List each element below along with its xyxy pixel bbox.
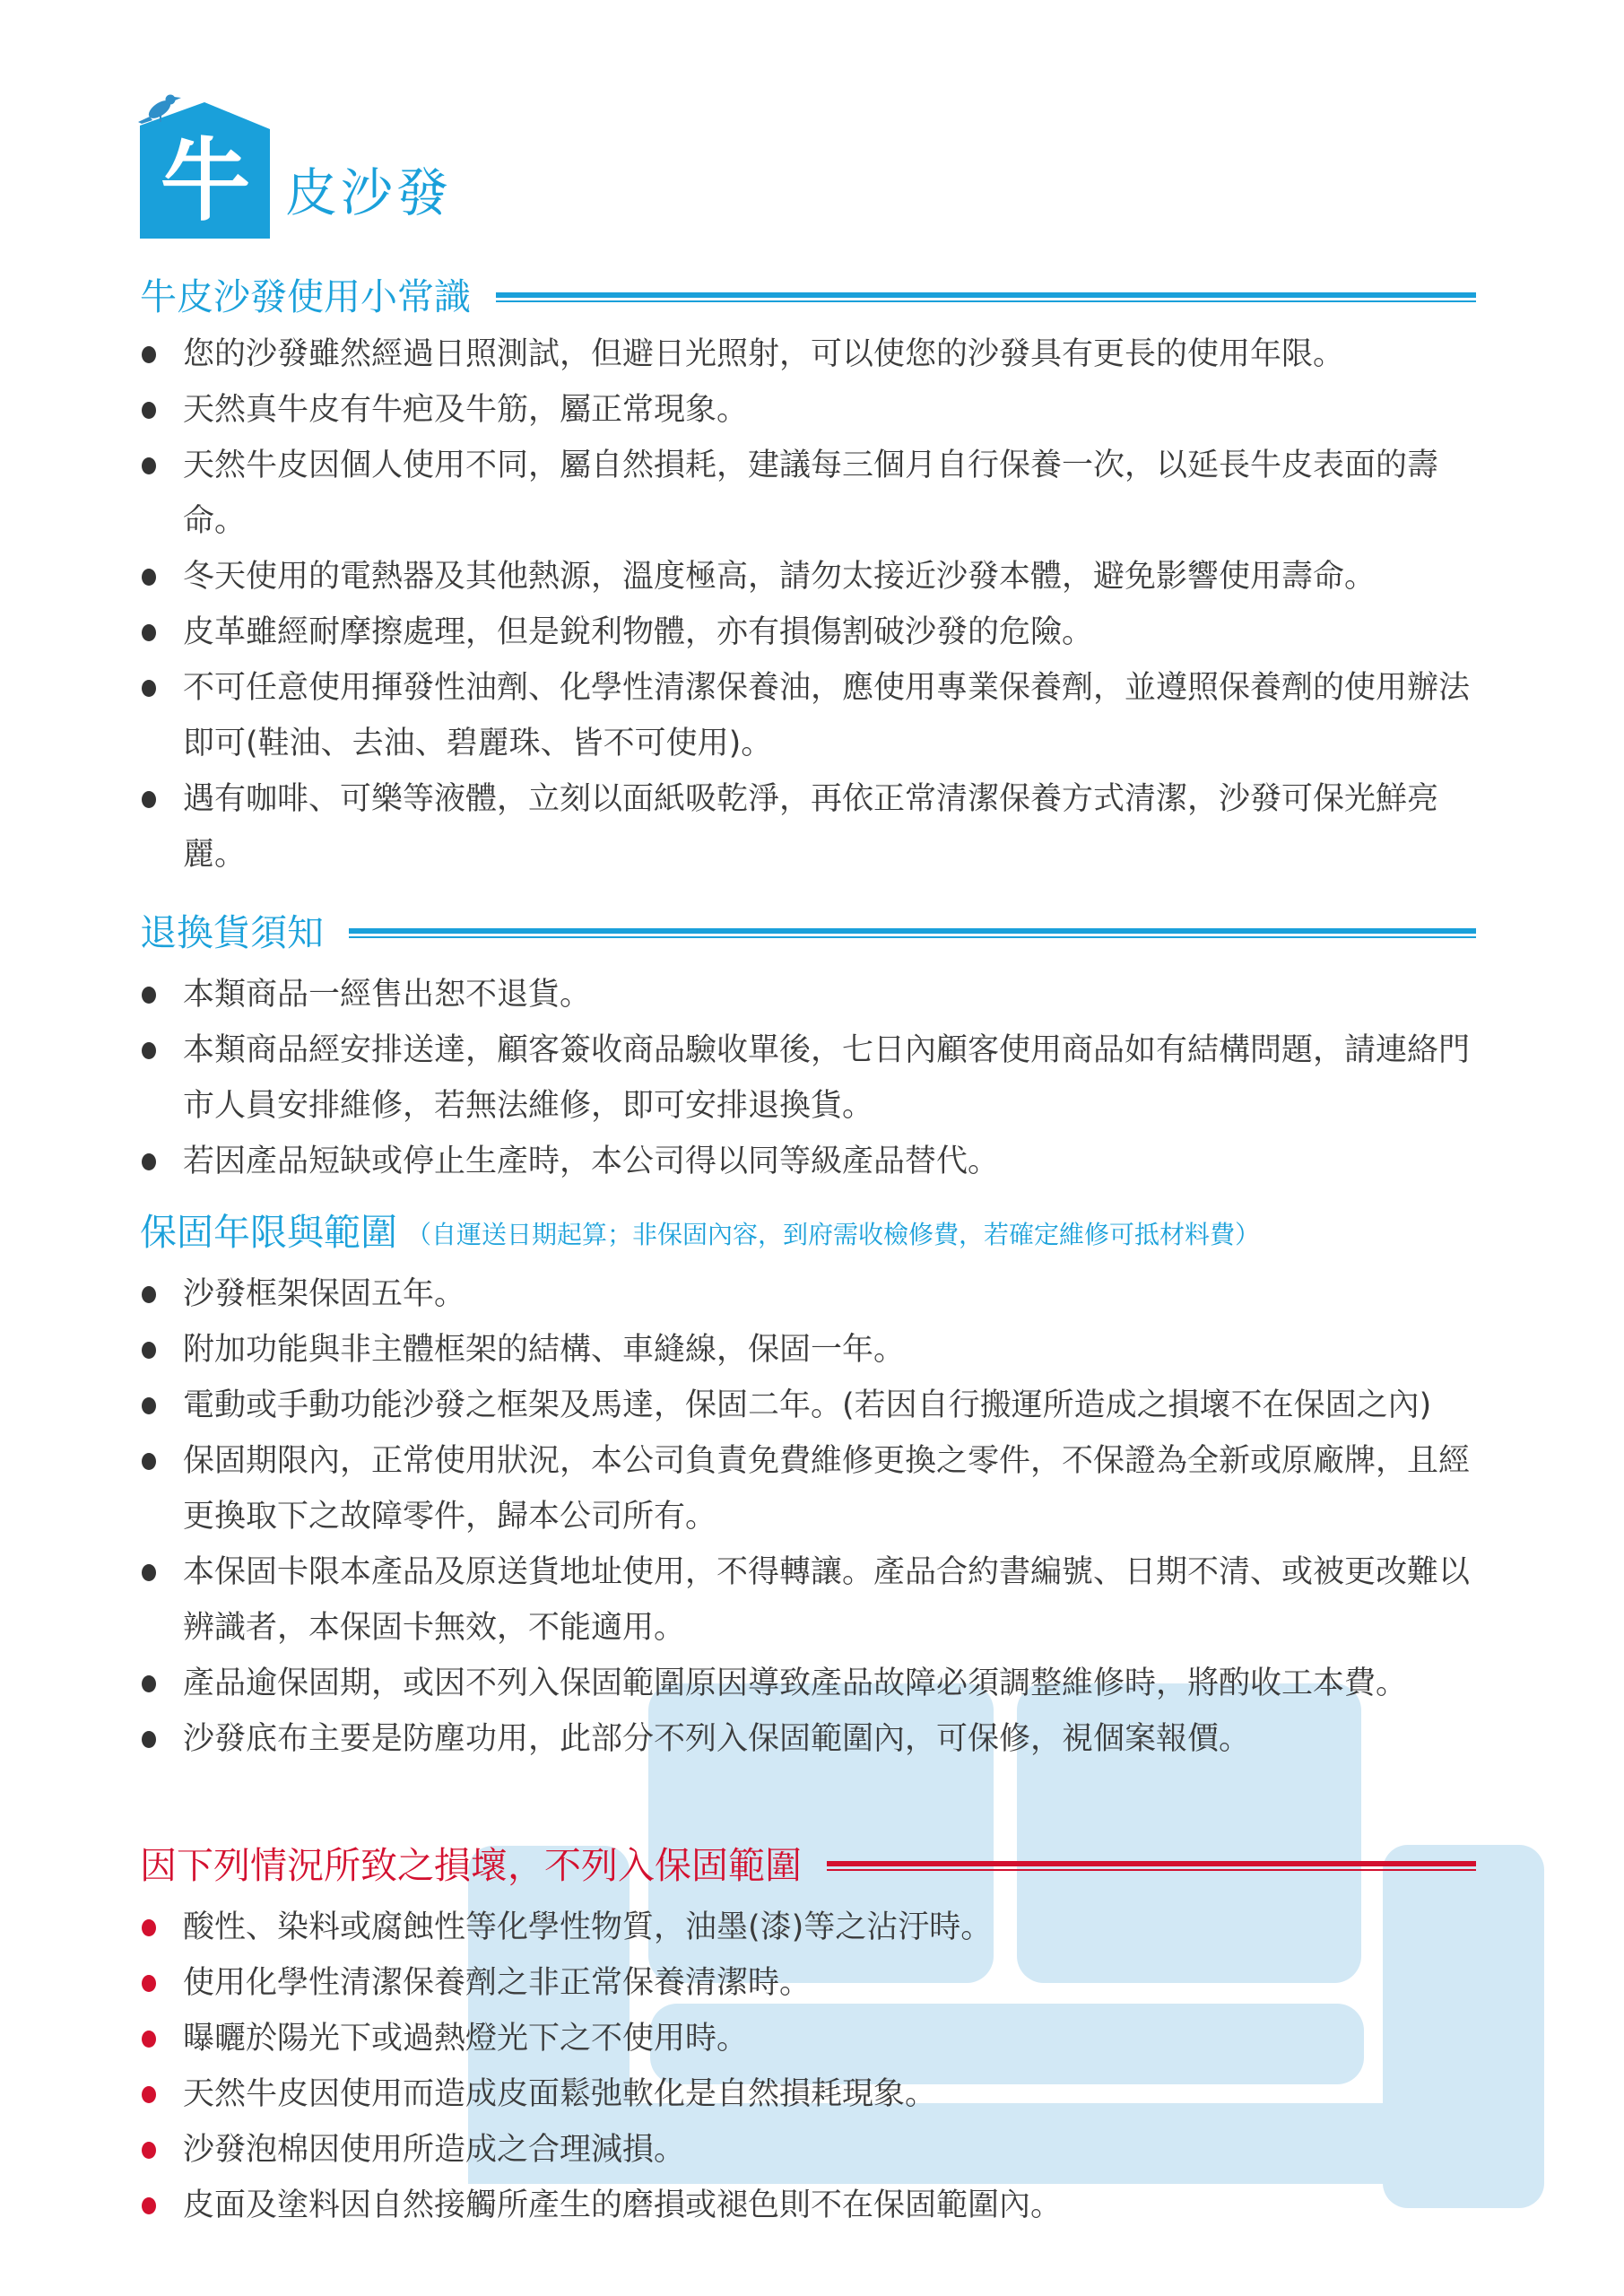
page-title: 皮沙發 (285, 161, 452, 224)
bullet-icon (142, 1342, 156, 1359)
list-item: 曝曬於陽光下或過熱燈光下之不使用時。 (140, 2011, 1476, 2066)
house-logo: 牛 (140, 93, 271, 239)
bullet-icon (142, 1042, 156, 1059)
section-title: 退換貨須知 (140, 908, 324, 958)
bullet-icon (142, 791, 156, 808)
list-item: 冬天使用的電熱器及其他熱源，溫度極高，請勿太接近沙發本體，避免影響使用壽命。 (140, 549, 1476, 604)
bullet-icon (142, 1675, 156, 1692)
list-item: 本保固卡限本產品及原送貨地址使用，不得轉讓。產品合約書編號、日期不清、或被更改難… (140, 1544, 1476, 1656)
bullet-icon (142, 1975, 156, 1992)
list-item: 沙發框架保固五年。 (140, 1266, 1476, 1322)
list-item: 產品逾保固期，或因不列入保固範圍原因導致產品故障必須調整維修時，將酌收工本費。 (140, 1656, 1476, 1711)
section-divider (827, 1859, 1476, 1872)
returns-list: 本類商品一經售出恕不退貨。 本類商品經安排送達，顧客簽收商品驗收單後，七日內顧客… (140, 967, 1476, 1189)
list-item: 保固期限內，正常使用狀況，本公司負責免費維修更換之零件，不保證為全新或原廠牌，且… (140, 1433, 1476, 1544)
list-item: 沙發泡棉因使用所造成之合理減損。 (140, 2122, 1476, 2178)
list-item: 酸性、染料或腐蝕性等化學性物質，油墨(漆)等之沾汙時。 (140, 1900, 1476, 1955)
bullet-icon (142, 1286, 156, 1303)
section-header-returns: 退換貨須知 (140, 908, 1476, 958)
section-title: 因下列情況所致之損壞，不列入保固範圍 (140, 1840, 802, 1891)
section-header-warranty: 保固年限與範圍 （自運送日期起算；非保固內容，到府需收檢修費，若確定維修可抵材料… (140, 1205, 1476, 1260)
list-item: 皮面及塗料因自然接觸所產生的磨損或褪色則不在保固範圍內。 (140, 2178, 1476, 2233)
bullet-icon (142, 569, 156, 586)
bullet-icon (142, 624, 156, 641)
bullet-icon (142, 1919, 156, 1936)
bullet-icon (142, 1453, 156, 1470)
bullet-icon (142, 1397, 156, 1414)
list-item: 不可任意使用揮發性油劑、化學性清潔保養油，應使用專業保養劑，並遵照保養劑的使用辦… (140, 660, 1476, 771)
section-divider (349, 926, 1476, 939)
bullet-icon (142, 1564, 156, 1581)
bullet-icon (142, 680, 156, 697)
bullet-icon (142, 2031, 156, 2048)
bullet-icon (142, 402, 156, 419)
list-item: 電動或手動功能沙發之框架及馬達，保固二年。(若因自行搬運所造成之損壞不在保固之內… (140, 1378, 1476, 1433)
section-divider (496, 291, 1476, 303)
section-title: 保固年限與範圍 (140, 1207, 397, 1257)
bullet-icon (142, 2086, 156, 2103)
bullet-icon (142, 1153, 156, 1170)
list-item: 本類商品一經售出恕不退貨。 (140, 967, 1476, 1022)
bullet-icon (142, 2197, 156, 2214)
list-item: 天然牛皮因使用而造成皮面鬆弛軟化是自然損耗現象。 (140, 2066, 1476, 2122)
bullet-icon (142, 987, 156, 1004)
list-item: 本類商品經安排送達，顧客簽收商品驗收單後，七日內顧客使用商品如有結構問題，請連絡… (140, 1022, 1476, 1134)
section-subtitle: （自運送日期起算；非保固內容，到府需收檢修費，若確定維修可抵材料費） (406, 1205, 1260, 1260)
usage-tips-list: 您的沙發雖然經過日照測試，但避日光照射，可以使您的沙發具有更長的使用年限。 天然… (140, 326, 1476, 883)
warranty-list: 沙發框架保固五年。 附加功能與非主體框架的結構、車縫線，保固一年。 電動或手動功… (140, 1266, 1476, 1767)
section-header-exclusions: 因下列情況所致之損壞，不列入保固範圍 (140, 1840, 1476, 1891)
list-item: 皮革雖經耐摩擦處理，但是銳利物體，亦有損傷割破沙發的危險。 (140, 604, 1476, 660)
document-page: 牛 皮沙發 牛皮沙發使用小常識 您的沙發雖然經過日照測試，但避日光照射，可以使您… (0, 0, 1624, 2296)
list-item: 天然牛皮因個人使用不同，屬自然損耗，建議每三個月自行保養一次，以延長牛皮表面的壽… (140, 438, 1476, 549)
list-item: 使用化學性清潔保養劑之非正常保養清潔時。 (140, 1955, 1476, 2011)
list-item: 沙發底布主要是防塵功用，此部分不列入保固範圍內，可保修，視個案報價。 (140, 1711, 1476, 1767)
section-header-usage-tips: 牛皮沙發使用小常識 (140, 272, 1476, 322)
list-item: 若因產品短缺或停止生產時，本公司得以同等級產品替代。 (140, 1134, 1476, 1189)
bullet-icon (142, 457, 156, 474)
list-item: 您的沙發雖然經過日照測試，但避日光照射，可以使您的沙發具有更長的使用年限。 (140, 326, 1476, 382)
list-item: 附加功能與非主體框架的結構、車縫線，保固一年。 (140, 1322, 1476, 1378)
exclusions-list: 酸性、染料或腐蝕性等化學性物質，油墨(漆)等之沾汙時。 使用化學性清潔保養劑之非… (140, 1900, 1476, 2233)
section-title: 牛皮沙發使用小常識 (140, 272, 471, 322)
bullet-icon (142, 2142, 156, 2159)
list-item: 天然真牛皮有牛疤及牛筋，屬正常現象。 (140, 382, 1476, 438)
bullet-icon (142, 1731, 156, 1748)
logo-character: 牛 (140, 126, 271, 237)
bullet-icon (142, 346, 156, 363)
list-item: 遇有咖啡、可樂等液體，立刻以面紙吸乾淨，再依正常清潔保養方式清潔，沙發可保光鮮亮… (140, 771, 1476, 883)
